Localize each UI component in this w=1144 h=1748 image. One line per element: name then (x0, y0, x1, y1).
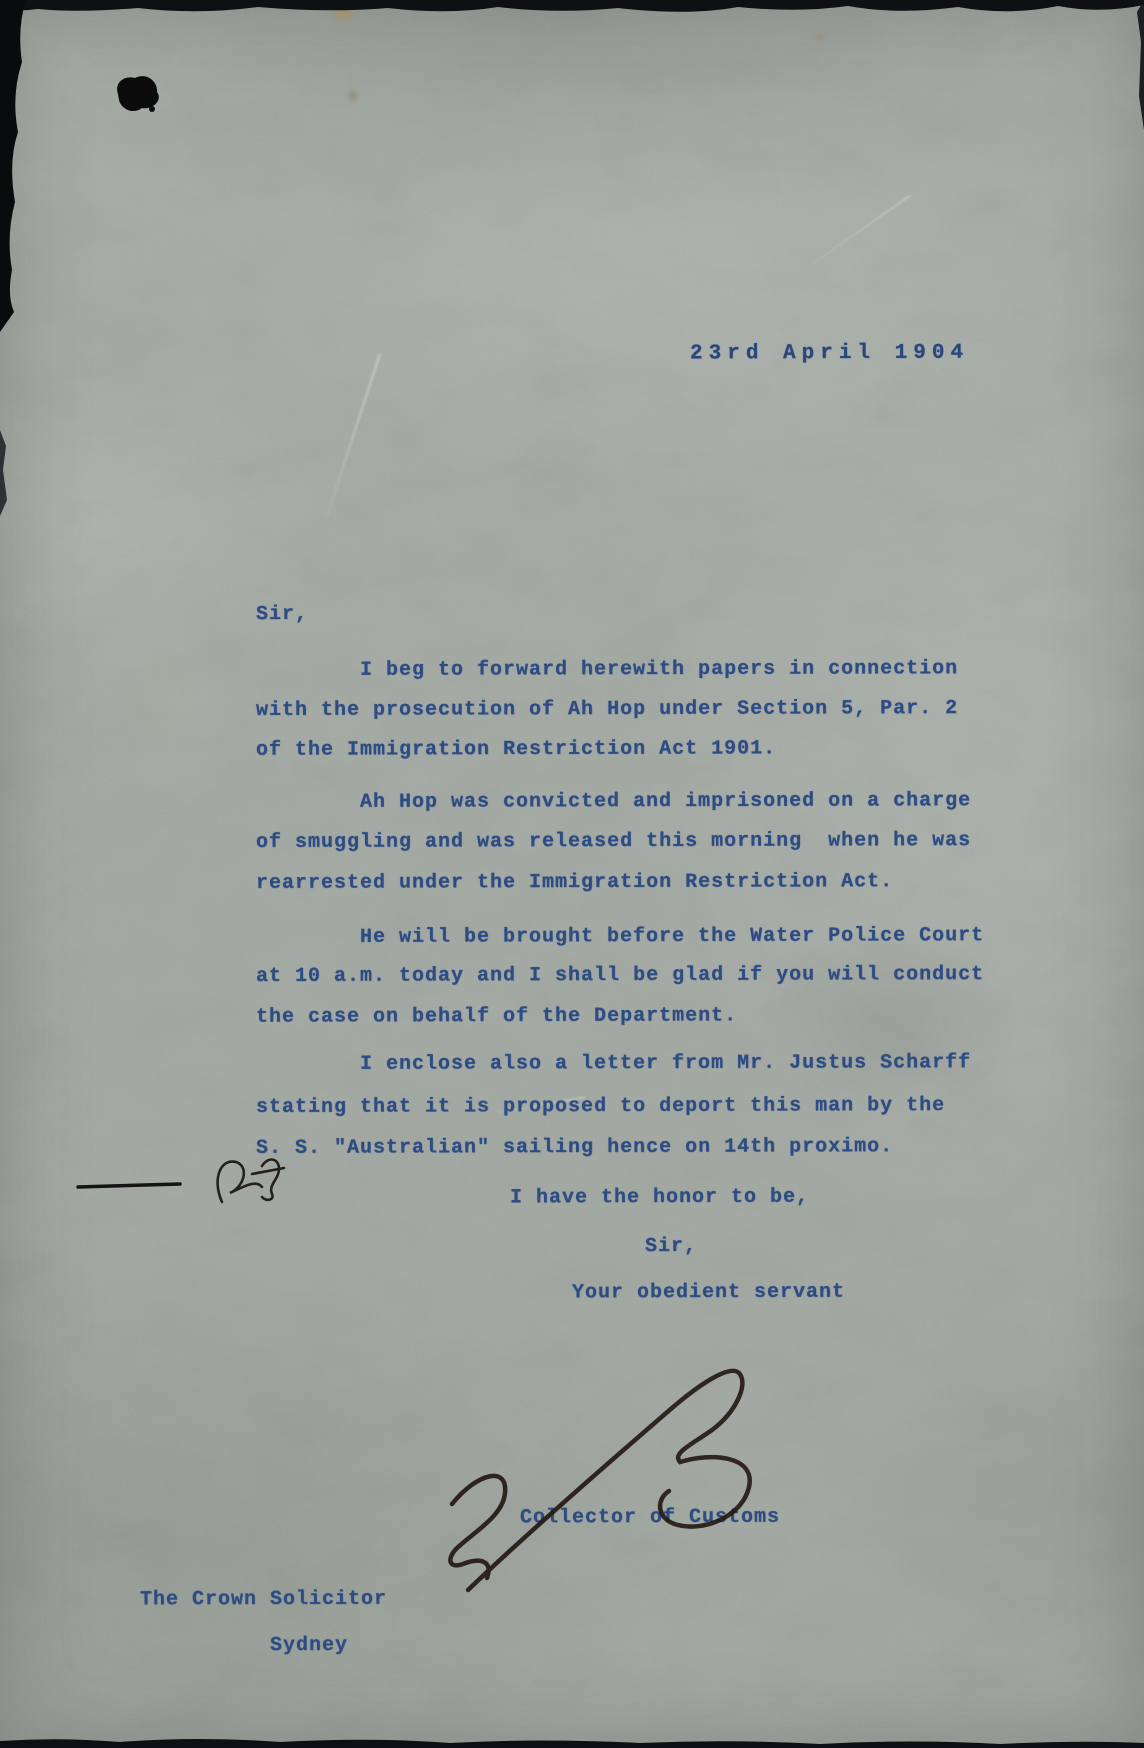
ink-blot (117, 76, 159, 111)
crease-mark (811, 195, 910, 265)
body-line: Ah Hop was convicted and imprisoned on a… (360, 789, 971, 814)
addressee-name: The Crown Solicitor (140, 1588, 387, 1612)
body-line: S. S. "Australian" sailing hence on 14th… (256, 1135, 893, 1160)
torn-edge-top (0, 0, 1144, 12)
initials-mark (218, 1160, 284, 1202)
torn-edge-right (1137, 0, 1144, 130)
body-line: of smuggling and was released this morni… (256, 829, 971, 854)
margin-dash (78, 1184, 180, 1187)
stain (346, 90, 360, 102)
crease-mark (326, 354, 381, 517)
torn-edge-left-lower (0, 430, 7, 516)
body-line: with the prosecution of Ah Hop under Sec… (256, 697, 958, 722)
body-line: the case on behalf of the Department. (256, 1004, 737, 1028)
stain (330, 0, 358, 24)
stain (760, 930, 1020, 1110)
body-line: stating that it is proposed to deport th… (256, 1094, 945, 1119)
body-line: of the Immigration Restriction Act 1901. (256, 737, 776, 761)
body-line: rearrested under the Immigration Restric… (256, 870, 893, 895)
signature (450, 1371, 749, 1590)
body-line: He will be brought before the Water Poli… (360, 924, 984, 949)
body-line: at 10 a.m. today and I shall be glad if … (256, 963, 984, 988)
salutation: Sir, (256, 603, 308, 626)
ink-speck (149, 106, 155, 112)
stain (814, 32, 826, 42)
stain (70, 560, 250, 820)
letter-page: 23rd April 1904 Sir, I beg to forward he… (0, 0, 1144, 1748)
addressee-city: Sydney (270, 1634, 348, 1657)
body-line: I beg to forward herewith papers in conn… (360, 657, 958, 682)
valediction-line: I have the honor to be, (510, 1186, 809, 1210)
torn-edge-left (0, 0, 26, 332)
valediction-line: Your obedient servant (572, 1281, 845, 1305)
letter-date: 23rd April 1904 (690, 342, 969, 366)
torn-edge-bottom (0, 1739, 1144, 1748)
body-line: I enclose also a letter from Mr. Justus … (360, 1051, 971, 1076)
valediction-line: Sir, (645, 1235, 697, 1258)
signatory-title: Collector of Customs (520, 1506, 780, 1530)
